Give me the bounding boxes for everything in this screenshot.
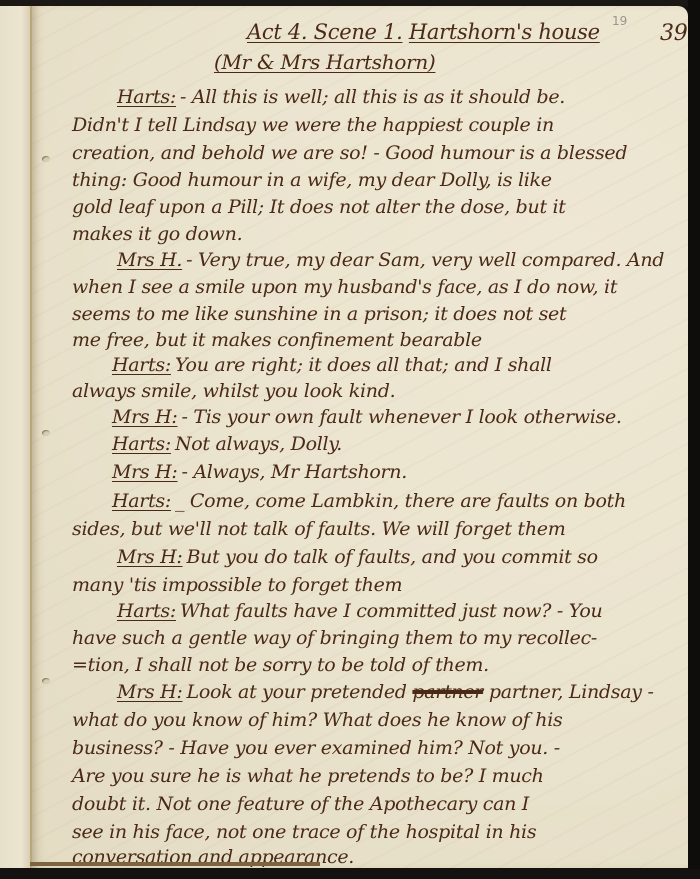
text-line: when I see a smile upon my husband's fac…: [72, 276, 617, 298]
text-line: Mrs H:- Tis your own fault whenever I lo…: [112, 406, 622, 428]
text-line: seems to me like sunshine in a prison; i…: [72, 303, 566, 325]
text-line: Harts:Not always, Dolly.: [112, 433, 342, 455]
text-line: Are you sure he is what he pretends to b…: [72, 765, 544, 787]
text-line: creation, and behold we are so! - Good h…: [72, 142, 627, 164]
binding-hole: [42, 678, 50, 684]
text-line: many 'tis impossible to forget them: [72, 574, 402, 596]
text-line: see in his face, not one trace of the ho…: [72, 821, 536, 843]
text-line: Mrs H:Look at your pretended partner par…: [117, 681, 654, 703]
text-line: sides, but we'll not talk of faults. We …: [72, 518, 565, 540]
text-line: =tion, I shall not be sorry to be told o…: [72, 654, 489, 676]
text-line: doubt it. Not one feature of the Apothec…: [72, 793, 529, 815]
struck-word: partner: [412, 681, 483, 703]
page-bottom-edge: [30, 862, 320, 866]
text-line: Harts:You are right; it does all that; a…: [112, 354, 552, 376]
scan-border-bottom: [0, 869, 700, 879]
text-line: business? - Have you ever examined him? …: [72, 737, 560, 759]
binding-hole: [42, 156, 50, 162]
text-line: me free, but it makes confinement bearab…: [72, 329, 482, 351]
text-line: have such a gentle way of bringing them …: [72, 627, 597, 649]
text-line: gold leaf upon a Pill; It does not alter…: [72, 196, 566, 218]
text-line: Harts:- All this is well; all this is as…: [117, 86, 565, 108]
text-line: Harts:What faults have I committed just …: [117, 600, 602, 622]
binding-hole: [42, 430, 50, 436]
previous-leaf-edge: [0, 6, 31, 868]
text-line: thing: Good humour in a wife, my dear Do…: [72, 169, 552, 191]
act-scene-heading: Act 4. Scene 1.: [247, 20, 403, 44]
pencil-folio-number: 19: [612, 14, 627, 28]
text-line: always smile, whilst you look kind.: [72, 380, 395, 402]
location-heading: Hartshorn's house: [409, 20, 600, 44]
text-line: Mrs H:But you do talk of faults, and you…: [117, 546, 598, 568]
characters-heading: (Mr & Mrs Hartshorn): [214, 50, 435, 74]
text-line: makes it go down.: [72, 223, 242, 245]
scan-border-right: [688, 0, 700, 879]
heading-line: Act 4. Scene 1. Hartshorn's house: [247, 20, 600, 44]
text-line: Didn't I tell Lindsay we were the happie…: [72, 114, 554, 136]
manuscript-page: 19 39. Act 4. Scene 1. Hartshorn's house…: [30, 6, 688, 868]
text-line: Mrs H:- Always, Mr Hartshorn.: [112, 461, 407, 483]
text-line: Harts:_ Come, come Lambkin, there are fa…: [112, 490, 626, 512]
text-line: what do you know of him? What does he kn…: [72, 709, 562, 731]
text-line: Mrs H.- Very true, my dear Sam, very wel…: [117, 249, 664, 271]
